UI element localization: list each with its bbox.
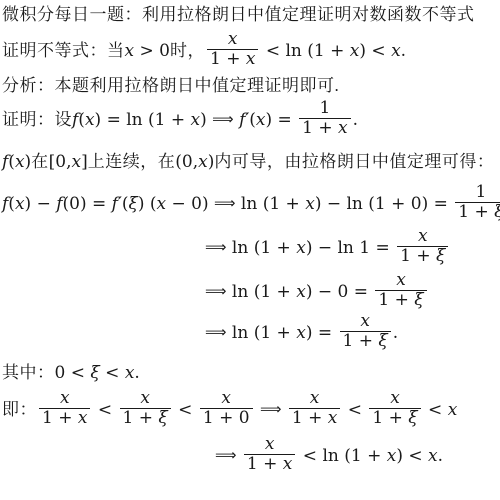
fraction: 11 + ξ — [455, 183, 500, 222]
math-roman: 1 + — [343, 331, 379, 351]
implies-arrow-icon: ⟹ — [212, 110, 234, 128]
fraction-denominator: 1 + 0 — [200, 408, 253, 428]
math-roman: < — [100, 363, 125, 383]
math-roman: ) − — [25, 194, 57, 214]
fraction: x1 + ξ — [375, 271, 426, 310]
math-variable: x — [72, 152, 82, 172]
math-roman: ( — [8, 152, 15, 172]
fraction: x1 + x — [207, 30, 258, 69]
implies-arrow-icon: ⟹ — [260, 400, 282, 418]
text-run: 其中： — [2, 363, 55, 382]
text-run: 证明：设 — [2, 110, 72, 129]
math-roman: ) − ln 1 = — [306, 238, 395, 258]
math-roman: ) = — [265, 110, 297, 130]
math-variable: ξ — [378, 331, 387, 351]
math-variable: x — [350, 41, 360, 61]
math-variable: ξ — [158, 408, 167, 428]
math-variable: x — [296, 282, 306, 302]
math-roman: . — [393, 323, 398, 343]
math-roman: < ln (1 + — [297, 446, 386, 466]
fraction: x1 + ξ — [397, 227, 448, 266]
fraction: x1 + x — [39, 389, 90, 428]
math-variable: x — [125, 41, 135, 61]
fraction-denominator: 1 + ξ — [455, 202, 500, 222]
fraction: x1 + x — [289, 389, 340, 428]
text-run: 时， — [170, 41, 205, 60]
fraction-denominator: 1 + ξ — [340, 331, 391, 351]
line-derivation-step-3: ⟹ ln (1 + x) − 0 = x1 + ξ — [2, 273, 500, 312]
math-variable: x — [296, 323, 306, 343]
fraction-numerator: x — [340, 312, 391, 331]
math-variable: x — [387, 446, 397, 466]
text-run: 证明不等式：当 — [2, 41, 125, 60]
math-variable: x — [157, 194, 167, 214]
math-roman: ( — [78, 110, 85, 130]
math-roman — [281, 400, 286, 420]
math-roman: ln (1 + — [227, 323, 297, 343]
fraction-denominator: 1 + ξ — [120, 408, 171, 428]
math-variable: f′ — [239, 110, 249, 130]
fraction: x1 + ξ — [369, 389, 420, 428]
math-roman: . — [401, 41, 406, 61]
math-variable: x — [391, 41, 401, 61]
math-roman: 1 + — [378, 290, 414, 310]
fraction: x1 + ξ — [120, 389, 171, 428]
fraction: 11 + x — [299, 99, 350, 138]
math-variable: x — [448, 400, 458, 420]
math-roman: 0 < — [55, 363, 91, 383]
math-roman: 1 + — [292, 408, 328, 428]
line-mvt-application: f(x) − f(0) = f′(ξ) (x − 0) ⟹ ln (1 + x)… — [2, 185, 500, 224]
math-variable: x — [338, 118, 348, 138]
fraction-denominator: 1 + ξ — [375, 290, 426, 310]
fraction-denominator: 1 + ξ — [397, 246, 448, 266]
math-variable: x — [228, 29, 238, 49]
math-variable: x — [85, 110, 95, 130]
text-run: 上连续，在 — [88, 152, 176, 171]
math-roman: < — [173, 400, 198, 420]
math-roman: . — [134, 363, 139, 383]
math-variable: x — [390, 388, 400, 408]
fraction-numerator: 1 — [299, 99, 350, 118]
math-variable: ξ — [414, 290, 423, 310]
math-roman: − 0) — [166, 194, 214, 214]
fraction-numerator: x — [207, 30, 258, 49]
math-roman — [237, 446, 242, 466]
implies-arrow-icon: ⟹ — [205, 238, 227, 256]
text-run: 在 — [31, 152, 49, 171]
fraction-numerator: x — [375, 271, 426, 290]
line-analysis: 分析：本题利用拉格朗日中值定理证明即可. — [2, 75, 500, 97]
text-run: 内可导，由拉格朗日中值定理可得： — [214, 152, 494, 171]
math-roman: . — [353, 110, 358, 130]
math-variable: ξ — [128, 194, 137, 214]
fraction-numerator: x — [120, 389, 171, 408]
fraction-numerator: x — [397, 227, 448, 246]
math-roman: ) < — [359, 41, 391, 61]
math-variable: x — [246, 49, 256, 69]
math-roman: 1 + — [123, 408, 159, 428]
math-variable: x — [265, 434, 275, 454]
math-roman: < — [342, 400, 367, 420]
math-roman: ( — [8, 194, 15, 214]
text-run: 即： — [2, 400, 37, 419]
math-variable: x — [15, 152, 25, 172]
math-roman: ln (1 + — [236, 194, 306, 214]
math-roman: (0) = — [63, 194, 112, 214]
math-variable: x — [283, 454, 293, 474]
math-roman: ) ( — [138, 194, 157, 214]
line-problem-statement: 证明不等式：当x > 0时，x1 + x < ln (1 + x) < x. — [2, 32, 500, 71]
fraction-numerator: x — [39, 389, 90, 408]
math-roman: 1 + 0 — [203, 408, 250, 428]
math-variable: x — [125, 363, 135, 383]
math-variable: x — [60, 388, 70, 408]
math-roman: ) − 0 = — [306, 282, 374, 302]
math-roman: 1 — [476, 182, 487, 202]
math-roman: ] — [81, 152, 88, 172]
math-variable: x — [78, 408, 88, 428]
fraction-numerator: x — [244, 435, 295, 454]
line-continuity-condition: f(x)在[0,x]上连续，在(0,x)内可导，由拉格朗日中值定理可得： — [2, 151, 500, 173]
math-variable: x — [221, 388, 231, 408]
line-xi-range: 其中：0 < ξ < x. — [2, 362, 500, 384]
implies-arrow-icon: ⟹ — [215, 446, 237, 464]
fraction: x1 + x — [244, 435, 295, 474]
fraction-denominator: 1 + x — [244, 454, 295, 474]
math-roman: ) — [200, 110, 212, 130]
math-roman: 1 + — [458, 202, 494, 222]
math-variable: f′ — [112, 194, 122, 214]
fraction-denominator: 1 + x — [299, 118, 350, 138]
fraction-numerator: x — [369, 389, 420, 408]
math-variable: x — [310, 388, 320, 408]
math-variable: x — [15, 194, 25, 214]
math-roman: [0, — [49, 152, 72, 172]
math-variable: x — [198, 152, 208, 172]
math-variable: ξ — [494, 202, 500, 222]
implies-arrow-icon: ⟹ — [205, 323, 227, 341]
text-run: 分析：本题利用拉格朗日中值定理证明即可. — [2, 76, 339, 95]
math-variable: ξ — [436, 246, 445, 266]
math-variable: ξ — [408, 408, 417, 428]
math-roman: 1 + — [372, 408, 408, 428]
math-roman: 1 — [319, 98, 330, 118]
math-roman: < — [92, 400, 117, 420]
math-roman: ln (1 + — [227, 238, 297, 258]
math-roman: (0, — [175, 152, 198, 172]
math-variable: x — [140, 388, 150, 408]
line-inequality-chain: 即：x1 + x < x1 + ξ < x1 + 0 ⟹ x1 + x < x1… — [2, 391, 500, 430]
math-roman: > 0 — [134, 41, 170, 61]
math-variable: x — [305, 194, 315, 214]
math-roman: ) − ln (1 + 0) = — [315, 194, 453, 214]
fraction-denominator: 1 + x — [289, 408, 340, 428]
implies-arrow-icon: ⟹ — [214, 194, 236, 212]
math-roman: ( — [249, 110, 256, 130]
fraction-denominator: 1 + ξ — [369, 408, 420, 428]
line-title: 微积分每日一题：利用拉格朗日中值定理证明对数函数不等式 — [2, 4, 500, 26]
fraction-numerator: x — [289, 389, 340, 408]
fraction-numerator: x — [200, 389, 253, 408]
fraction: x1 + 0 — [200, 389, 253, 428]
math-roman: < ln (1 + — [260, 41, 349, 61]
fraction-denominator: 1 + x — [207, 49, 258, 69]
fraction: x1 + ξ — [340, 312, 391, 351]
line-proof-setup: 证明：设f(x) = ln (1 + x) ⟹ f′(x) = 11 + x. — [2, 101, 500, 140]
math-variable: x — [428, 446, 438, 466]
math-roman: 1 + — [302, 118, 338, 138]
math-roman: . — [438, 446, 443, 466]
implies-arrow-icon: ⟹ — [205, 282, 227, 300]
line-conclusion: ⟹ x1 + x < ln (1 + x) < x. — [2, 437, 500, 476]
math-document: 微积分每日一题：利用拉格朗日中值定理证明对数函数不等式 证明不等式：当x > 0… — [0, 0, 500, 477]
text-run: 微积分每日一题：利用拉格朗日中值定理证明对数函数不等式 — [2, 5, 475, 24]
math-roman: ln (1 + — [227, 282, 297, 302]
math-variable: x — [418, 226, 428, 246]
math-variable: x — [360, 311, 370, 331]
math-roman: 1 + — [400, 246, 436, 266]
math-variable: ξ — [90, 363, 99, 383]
math-variable: x — [191, 110, 201, 130]
math-roman: ) < — [396, 446, 428, 466]
math-roman: < — [423, 400, 448, 420]
math-variable: x — [396, 270, 406, 290]
math-roman: 1 + — [42, 408, 78, 428]
math-roman: 1 + — [247, 454, 283, 474]
fraction-numerator: 1 — [455, 183, 500, 202]
fraction-denominator: 1 + x — [39, 408, 90, 428]
line-derivation-step-2: ⟹ ln (1 + x) − ln 1 = x1 + ξ — [2, 229, 500, 268]
math-roman: ) = ln (1 + — [95, 110, 191, 130]
math-roman: ) = — [306, 323, 338, 343]
math-variable: x — [296, 238, 306, 258]
line-derivation-step-4: ⟹ ln (1 + x) = x1 + ξ. — [2, 314, 500, 353]
math-roman: 1 + — [210, 49, 246, 69]
math-variable: x — [328, 408, 338, 428]
